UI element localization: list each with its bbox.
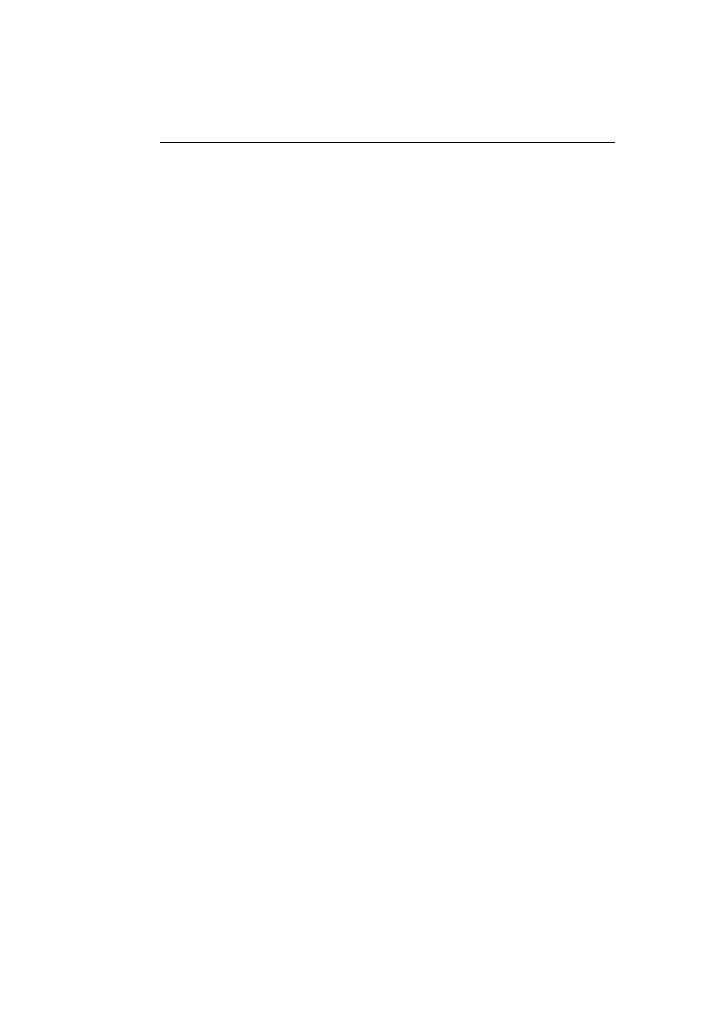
name-field-line[interactable] — [160, 142, 615, 143]
